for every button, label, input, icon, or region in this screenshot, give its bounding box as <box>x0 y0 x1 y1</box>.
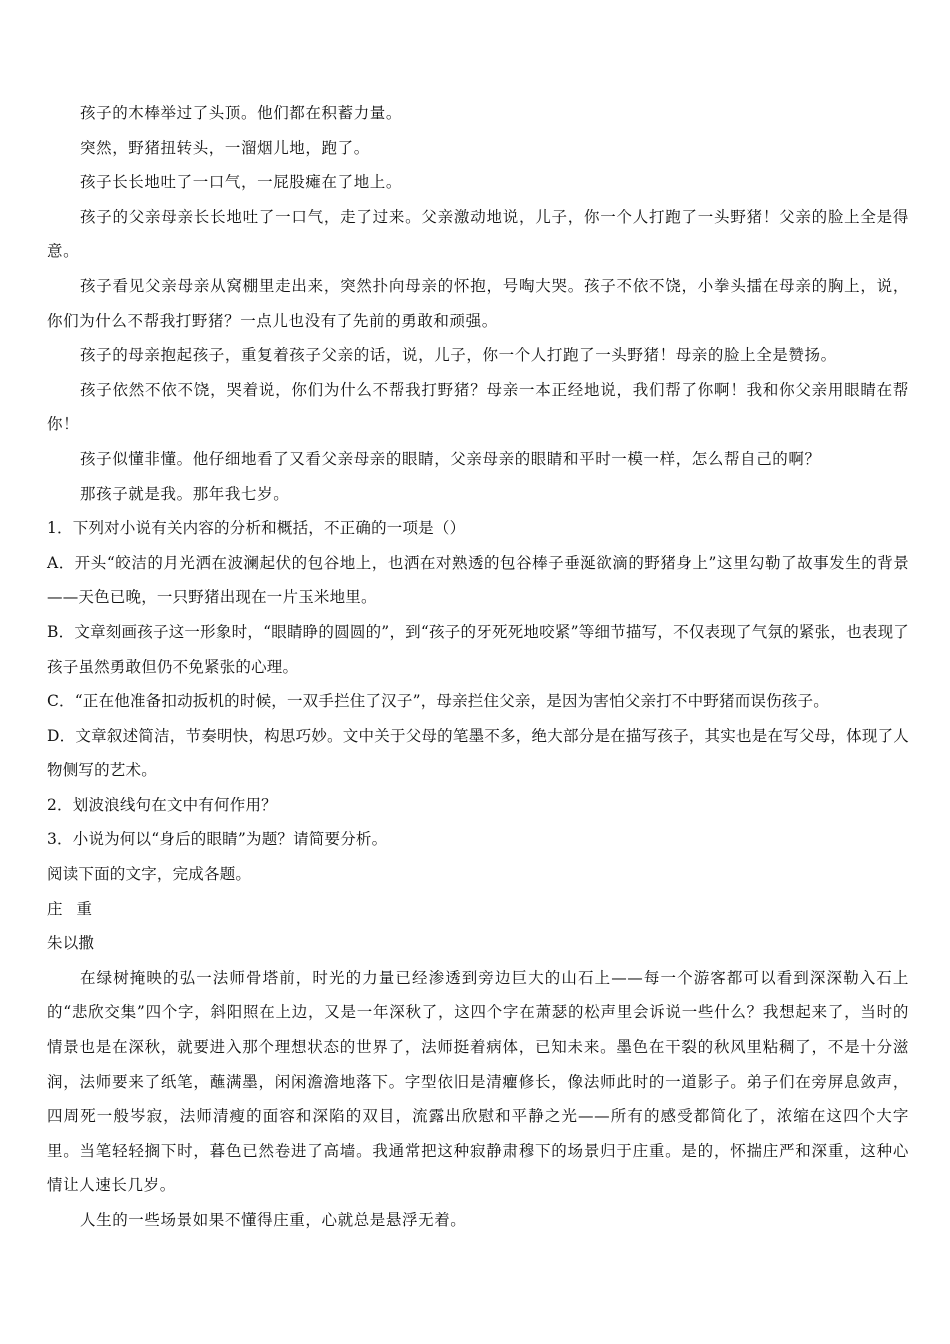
document-page: 孩子的木棒举过了头顶。他们都在积蓄力量。 突然，野猪扭转头，一溜烟儿地，跑了。 … <box>47 96 909 1238</box>
story-paragraph: 孩子似懂非懂。他仔细地看了又看父亲母亲的眼睛，父亲母亲的眼睛和平时一模一样，怎么… <box>47 442 909 477</box>
article-paragraph: 人生的一些场景如果不懂得庄重，心就总是悬浮无着。 <box>47 1203 909 1238</box>
option-a: A．开头“皎洁的月光洒在波澜起伏的包谷地上，也洒在对熟透的包谷棒子垂涎欲滴的野猪… <box>47 546 909 615</box>
option-b: B．文章刻画孩子这一形象时，“眼睛睁的圆圆的”，到“孩子的牙死死地咬紧”等细节描… <box>47 615 909 684</box>
story-paragraph: 孩子的父亲母亲长长地吐了一口气，走了过来。父亲激动地说，儿子，你一个人打跑了一头… <box>47 200 909 269</box>
option-d: D．文章叙述简洁，节奏明快，构思巧妙。文中关于父母的笔墨不多，绝大部分是在描写孩… <box>47 719 909 788</box>
story-paragraph: 孩子的母亲抱起孩子，重复着孩子父亲的话，说，儿子，你一个人打跑了一头野猪！母亲的… <box>47 338 909 373</box>
story-paragraph: 突然，野猪扭转头，一溜烟儿地，跑了。 <box>47 131 909 166</box>
story-paragraph: 孩子长长地吐了一口气，一屁股瘫在了地上。 <box>47 165 909 200</box>
option-c: C．“正在他准备扣动扳机的时候，一双手拦住了汉子”，母亲拦住父亲，是因为害怕父亲… <box>47 684 909 719</box>
article-author: 朱以撒 <box>47 926 909 961</box>
question-3: 3．小说为何以“身后的眼睛”为题？请简要分析。 <box>47 822 909 857</box>
article-paragraph: 在绿树掩映的弘一法师骨塔前，时光的力量已经渗透到旁边巨大的山石上——每一个游客都… <box>47 961 909 1203</box>
reading-instruction: 阅读下面的文字，完成各题。 <box>47 857 909 892</box>
story-paragraph: 孩子依然不依不饶，哭着说，你们为什么不帮我打野猪？母亲一本正经地说，我们帮了你啊… <box>47 373 909 442</box>
story-paragraph: 孩子看见父亲母亲从窝棚里走出来，突然扑向母亲的怀抱，号啕大哭。孩子不依不饶，小拳… <box>47 269 909 338</box>
article-title: 庄重 <box>47 892 909 927</box>
question-1: 1．下列对小说有关内容的分析和概括，不正确的一项是（） <box>47 511 909 546</box>
story-paragraph: 那孩子就是我。那年我七岁。 <box>47 477 909 512</box>
question-2: 2．划波浪线句在文中有何作用？ <box>47 788 909 823</box>
story-paragraph: 孩子的木棒举过了头顶。他们都在积蓄力量。 <box>47 96 909 131</box>
